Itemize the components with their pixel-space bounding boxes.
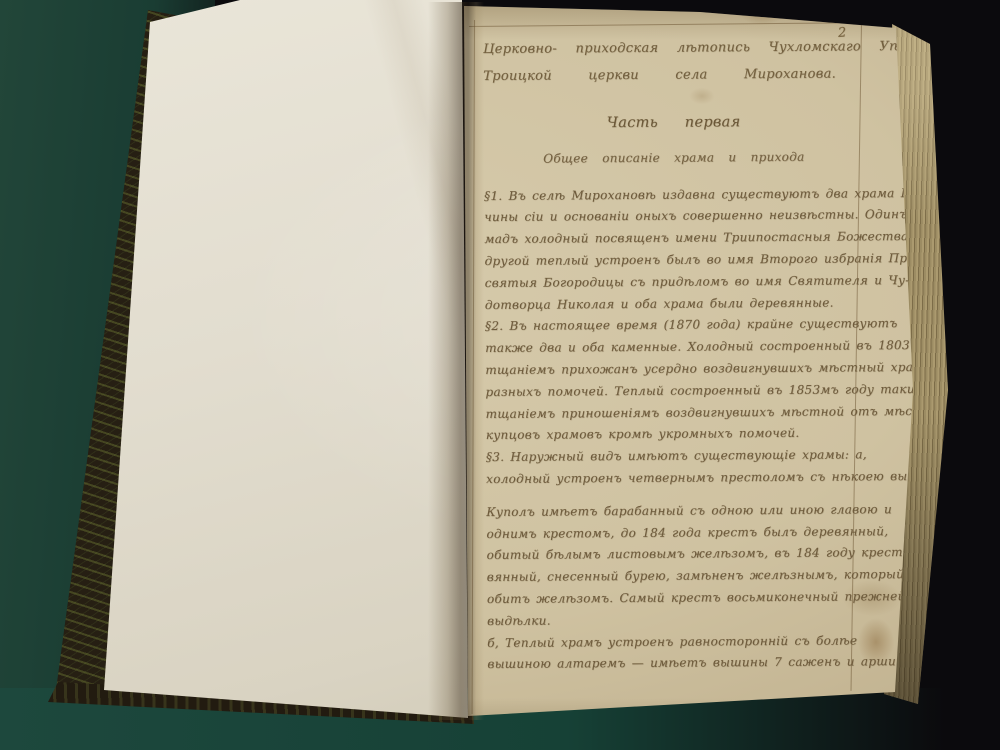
part-heading: Часть первая bbox=[484, 111, 864, 135]
manuscript-line: вышиною алтаремъ — имѣетъ вышины 7 сажен… bbox=[487, 652, 867, 676]
chronicle-title-line: Церковно- приходская лѣтопись Чухломскаг… bbox=[483, 33, 863, 63]
paragraph-3: §3. Наружный видъ имѣютъ существующіе хр… bbox=[486, 444, 866, 490]
manuscript-line: однимъ крестомъ, до 184 года крестъ былъ… bbox=[486, 521, 866, 545]
manuscript-line: обитъ желѣзомъ. Самый крестъ восьмиконеч… bbox=[487, 586, 867, 610]
manuscript-line: §3. Наружный видъ имѣютъ существующіе хр… bbox=[486, 444, 866, 468]
paragraph-4: Куполъ имѣетъ барабанный съ одною или ин… bbox=[486, 499, 867, 632]
manuscript-line: §1. Въ селѣ Мирохановѣ издавна существую… bbox=[484, 183, 864, 207]
manuscript-line: Куполъ имѣетъ барабанный съ одною или ин… bbox=[486, 499, 866, 523]
manuscript-line: вянный, снесенный бурею, замѣненъ желѣзн… bbox=[487, 564, 867, 588]
section-heading: Общее описаніе храма и прихода bbox=[484, 146, 864, 170]
manuscript-line: чины сіи и основаніи оныхъ совершенно не… bbox=[484, 205, 864, 229]
manuscript-line: выдѣлки. bbox=[487, 608, 867, 632]
photo-scene: 2 Церковно- приходская лѣтопись Чухломск… bbox=[0, 0, 1000, 750]
paragraph-2: §2. Въ настоящее время (1870 года) крайн… bbox=[485, 314, 866, 447]
manuscript-line: холодный устроенъ четвернымъ престоломъ … bbox=[486, 466, 866, 490]
handwritten-text: Церковно- приходская лѣтопись Чухломскаг… bbox=[483, 33, 867, 676]
manuscript-line: тщаніемъ приношеніямъ воздвигнувшихъ мѣс… bbox=[486, 401, 866, 425]
manuscript-line: другой теплый устроенъ былъ во имя Второ… bbox=[485, 248, 865, 272]
manuscript-line: тщаніемъ прихожанъ усердно воздвигнувших… bbox=[485, 357, 865, 381]
manuscript-line: разныхъ помочей. Теплый состроенный въ 1… bbox=[485, 379, 865, 403]
manuscript-line: б, Теплый храмъ устроенъ равносторонній … bbox=[487, 630, 867, 654]
paragraph-1: §1. Въ селѣ Мирохановѣ издавна существую… bbox=[484, 183, 865, 316]
manuscript-line: купцовъ храмовъ кромѣ укромныхъ помочей. bbox=[486, 423, 866, 447]
paragraph-5: б, Теплый храмъ устроенъ равносторонній … bbox=[487, 630, 867, 676]
manuscript-line: также два и оба каменные. Холодный состр… bbox=[485, 336, 865, 360]
manuscript-line: святыя Богородицы съ придѣломъ во имя Св… bbox=[485, 270, 865, 294]
manuscript-line: мадъ холодный посвященъ имени Триипостас… bbox=[484, 227, 864, 251]
manuscript-line: §2. Въ настоящее время (1870 года) крайн… bbox=[485, 314, 865, 338]
manuscript-line: дотворца Николая и оба храма были деревя… bbox=[485, 292, 865, 316]
book-gutter bbox=[428, 2, 484, 720]
chronicle-title-line: Троицкой церкви села Мироханова. bbox=[483, 60, 863, 90]
manuscript-line: обитый бѣлымъ листовымъ желѣзомъ, въ 184… bbox=[487, 543, 867, 567]
